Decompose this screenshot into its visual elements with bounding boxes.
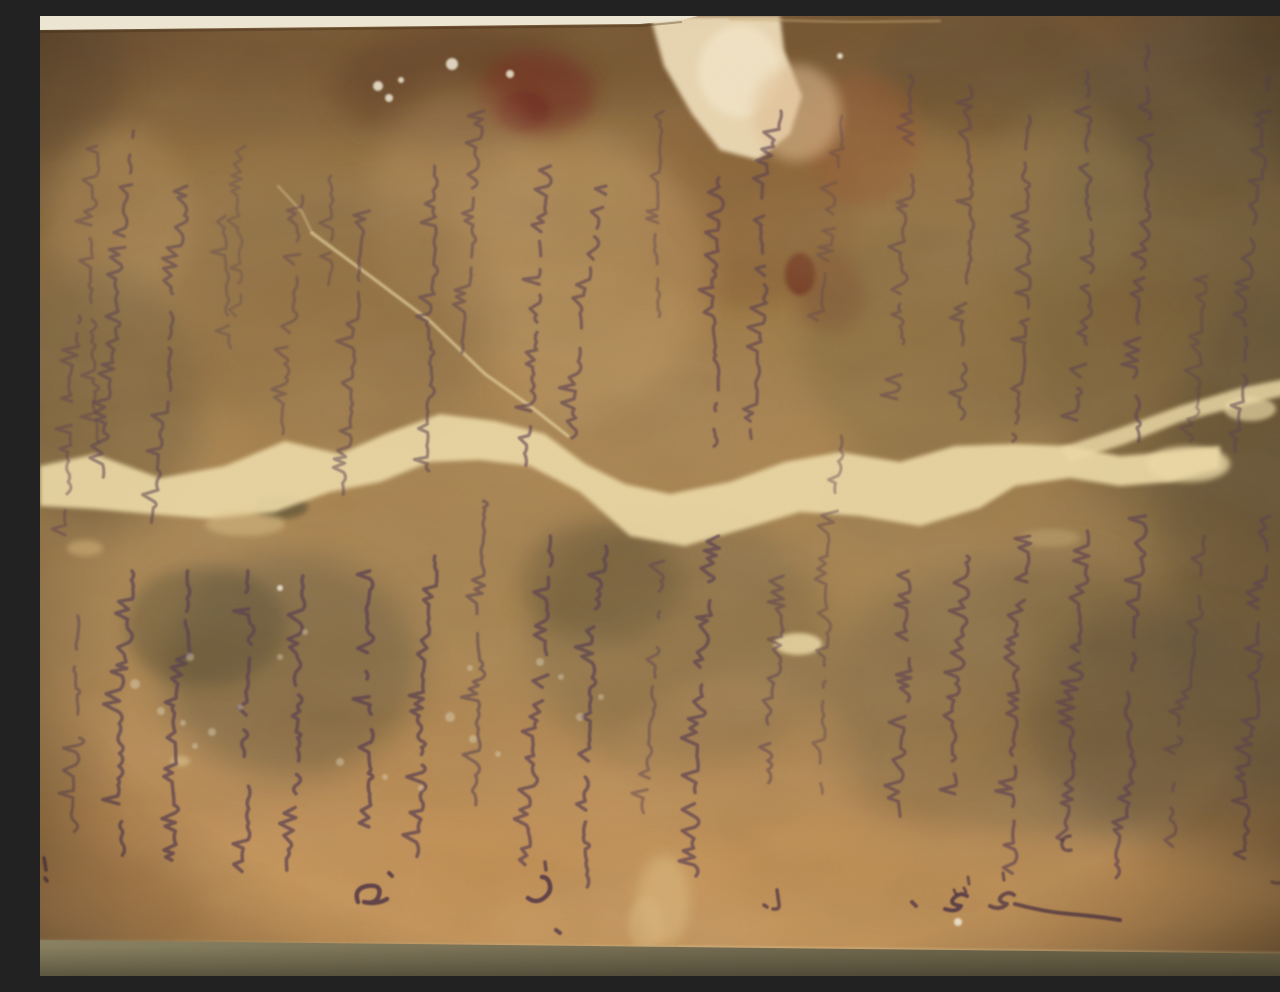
vignette	[40, 16, 1280, 976]
manuscript-scene	[40, 16, 1280, 976]
manuscript-photo	[40, 16, 1280, 976]
parchment-leaf	[40, 16, 1280, 976]
